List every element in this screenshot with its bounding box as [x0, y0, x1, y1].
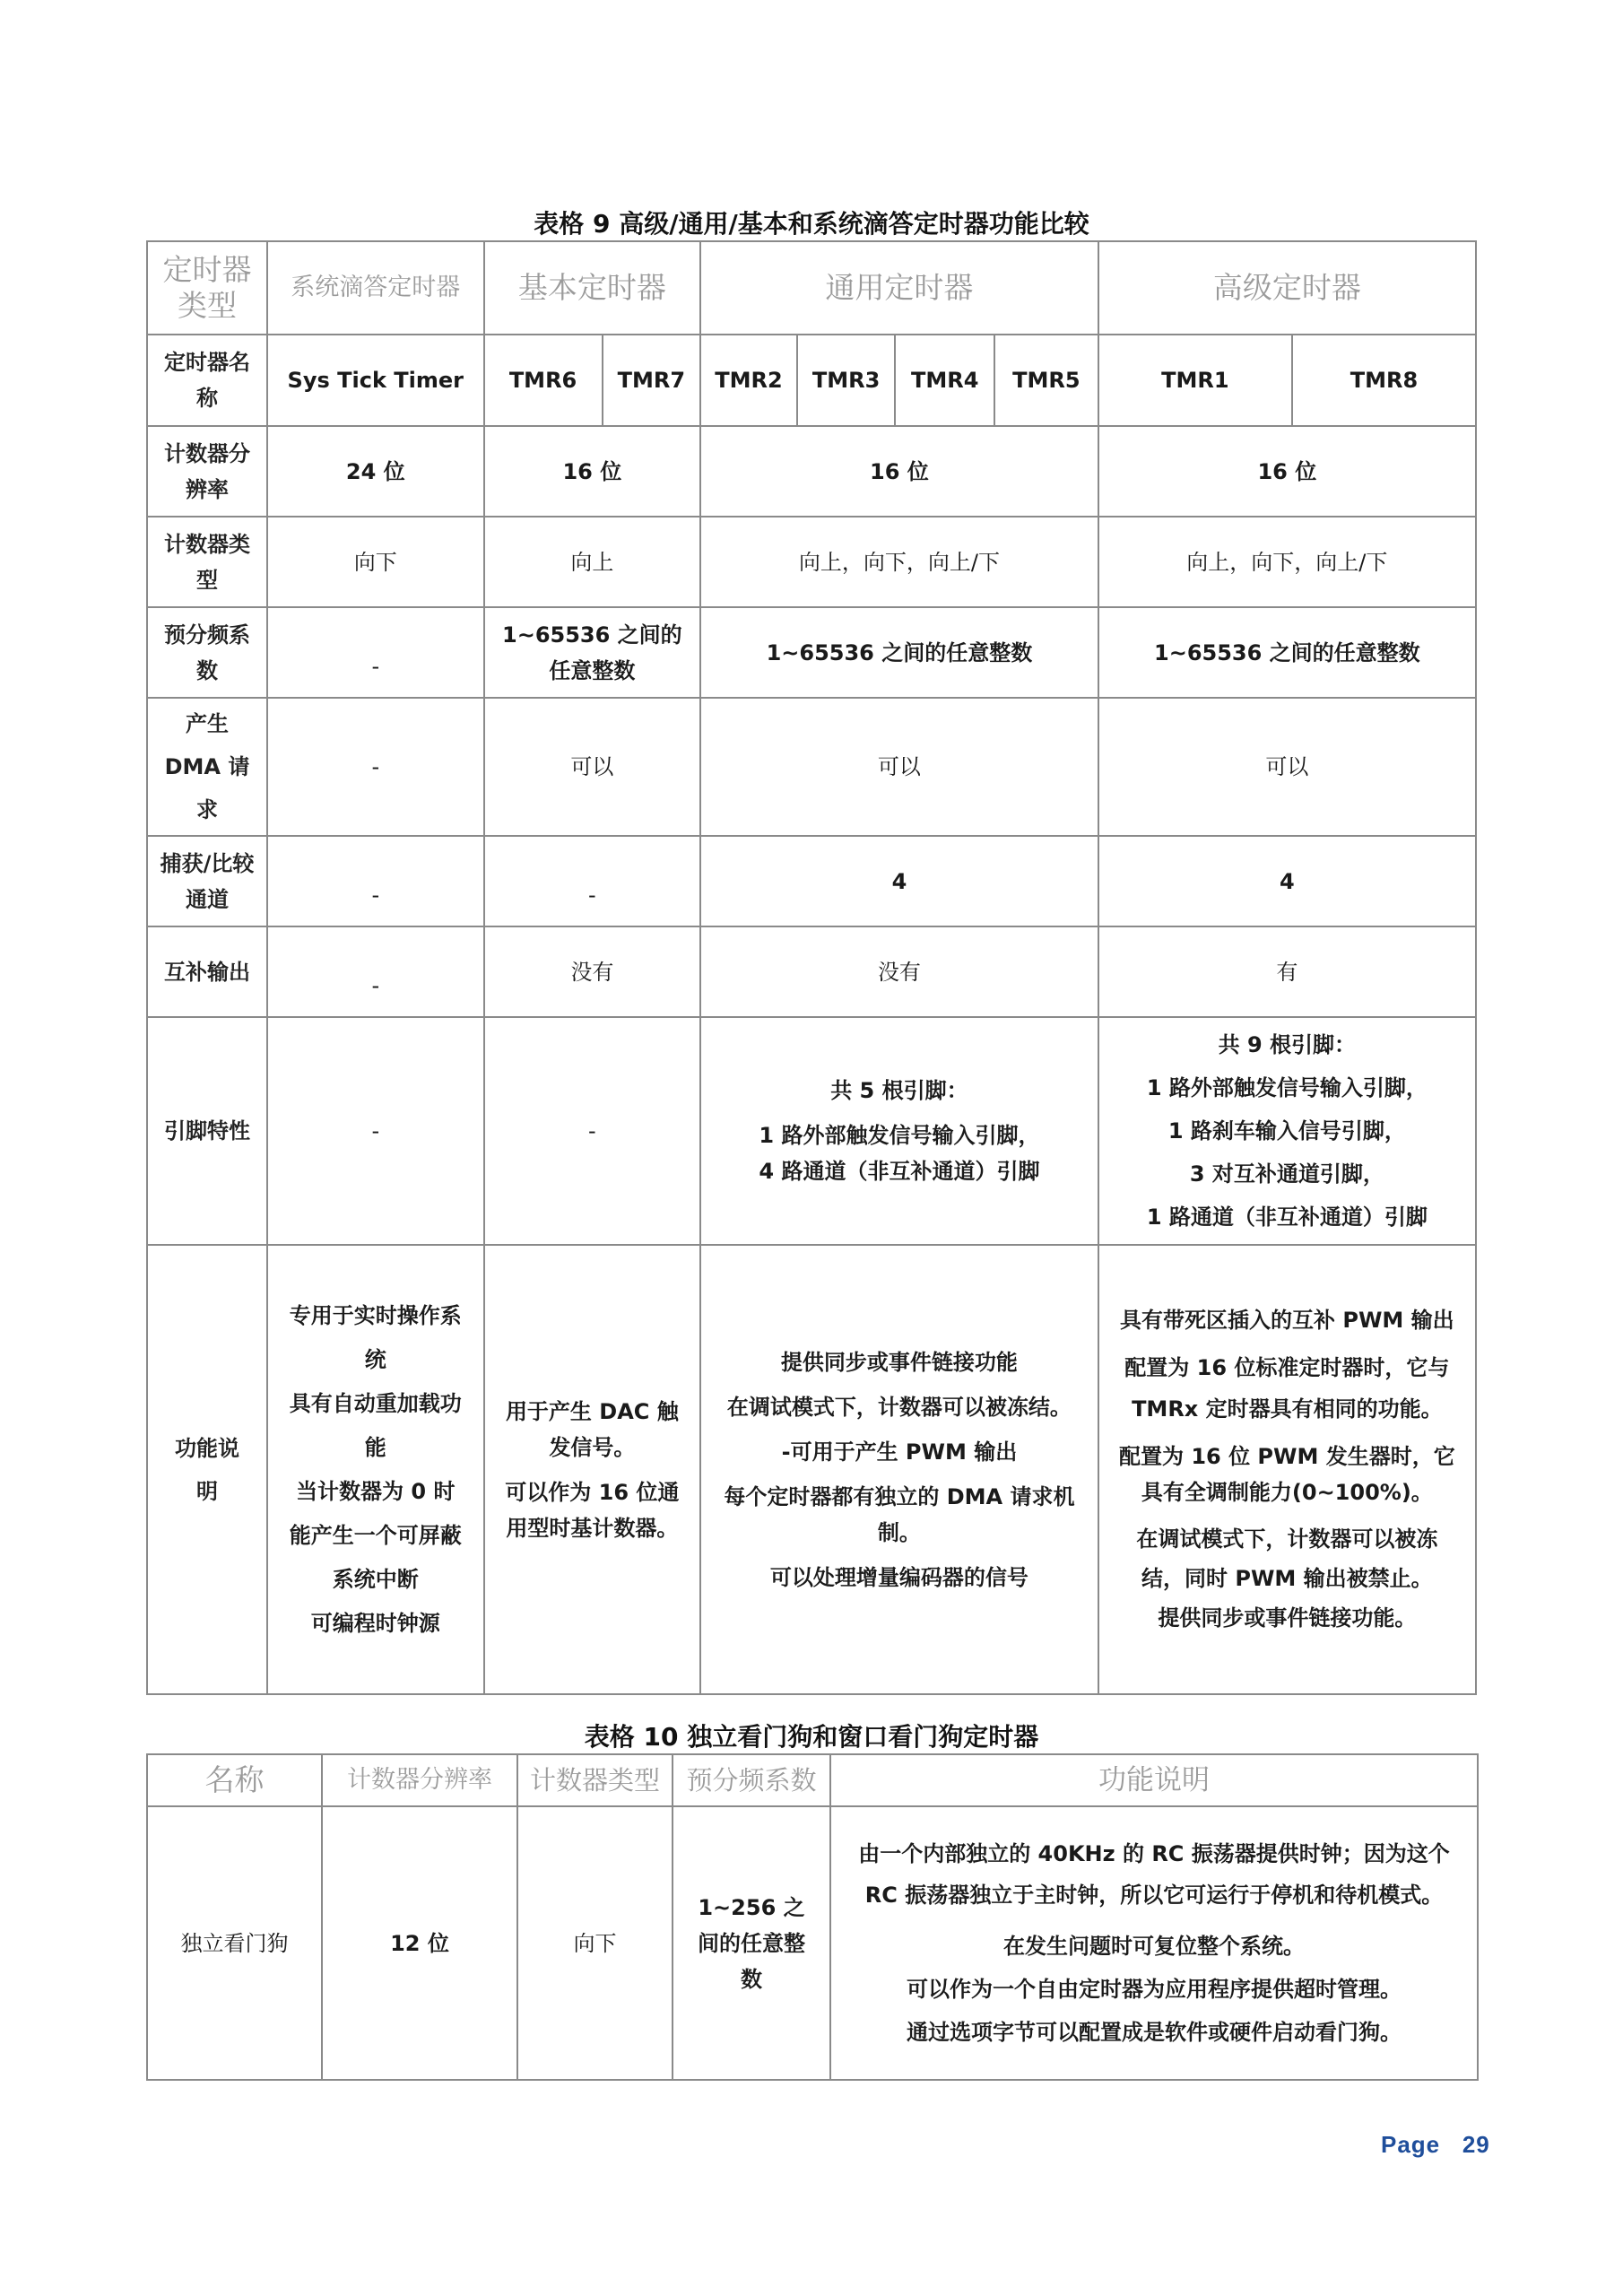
cell-general: 没有: [700, 926, 1098, 1017]
header-type-label: 定时器类型: [147, 241, 267, 335]
description-line: 由一个内部独立的 40KHz 的 RC 振荡器提供时钟；因为这个 RC 振荡器独…: [851, 1833, 1457, 1916]
cell-advanced: 具有带死区插入的互补 PWM 输出 配置为 16 位标准定时器时，它与 TMRx…: [1098, 1245, 1476, 1694]
timer-names-row: 定时器名称 Sys Tick Timer TMR6 TMR7 TMR2 TMR3…: [147, 335, 1476, 426]
cell-tmr5: TMR5: [994, 335, 1098, 426]
header-advanced: 高级定时器: [1098, 241, 1476, 335]
cell-systick: -: [267, 926, 484, 1017]
pin-line: 共 5 根引脚：: [708, 1073, 1090, 1109]
counter-type-row: 计数器类型 向下 向上 向上，向下，向上/下 向上，向下，向上/下: [147, 517, 1476, 607]
cell-general: 1~65536 之间的任意整数: [700, 607, 1098, 698]
description-line: 通过选项字节可以配置成是软件或硬件启动看门狗。: [851, 2011, 1457, 2054]
function-line: 可编程时钟源: [288, 1602, 464, 1646]
cell-resolution: 12 位: [322, 1806, 517, 2080]
row-label: 计数器类型: [147, 517, 267, 607]
function-description-row: 功能说明 专用于实时操作系统 具有自动重加载功能 当计数器为 0 时能产生一个可…: [147, 1245, 1476, 1694]
cell-description: 由一个内部独立的 40KHz 的 RC 振荡器提供时钟；因为这个 RC 振荡器独…: [830, 1806, 1478, 2080]
description-line: 可以作为一个自由定时器为应用程序提供超时管理。: [851, 1968, 1457, 2011]
cell-basic: 用于产生 DAC 触发信号。 可以作为 16 位通用型时基计数器。: [484, 1245, 701, 1694]
function-line: 配置为 16 位 PWM 发生器时，它具有全调制能力(0~100%)。: [1115, 1439, 1459, 1510]
cell-advanced: 可以: [1098, 698, 1476, 836]
cell-basic: 16 位: [484, 426, 701, 517]
prescaler-row: 预分频系数 - 1~65536 之间的任意整数 1~65536 之间的任意整数 …: [147, 607, 1476, 698]
cell-systick: -: [267, 698, 484, 836]
pin-line: 3 对互补通道引脚，: [1107, 1152, 1468, 1196]
header-basic: 基本定时器: [484, 241, 701, 335]
pin-line: 1 路通道（非互补通道）引脚: [1107, 1196, 1468, 1239]
function-line: 提供同步或事件链接功能。: [1115, 1598, 1459, 1638]
function-line: 具有带死区插入的互补 PWM 输出: [1115, 1302, 1459, 1338]
row-label: 互补输出: [147, 926, 267, 1017]
cell-general: 共 5 根引脚： 1 路外部触发信号输入引脚， 4 路通道（非互补通道）引脚: [700, 1017, 1098, 1245]
cell-advanced: 4: [1098, 836, 1476, 926]
cell-basic: 没有: [484, 926, 701, 1017]
cell-basic: 可以: [484, 698, 701, 836]
pin-line: 4 路通道（非互补通道）引脚: [708, 1153, 1090, 1189]
cell-tmr4: TMR4: [895, 335, 994, 426]
function-line: 提供同步或事件链接功能: [721, 1344, 1078, 1380]
dma-row: 产生 DMA 请求 - 可以 可以 可以: [147, 698, 1476, 836]
function-line: 用于产生 DAC 触发信号。: [501, 1394, 684, 1465]
function-line: 在调试模式下，计数器可以被冻结，同时 PWM 输出被禁止。: [1115, 1519, 1459, 1598]
cell-prescaler: 1~256 之间的任意整数: [673, 1806, 830, 2080]
function-line: 配置为 16 位标准定时器时，它与 TMRx 定时器具有相同的功能。: [1115, 1347, 1459, 1430]
timer-comparison-table: 定时器类型 系统滴答定时器 基本定时器 通用定时器 高级定时器 定时器名称 Sy…: [146, 240, 1477, 1695]
cell-advanced: 16 位: [1098, 426, 1476, 517]
cell-systick: 24 位: [267, 426, 484, 517]
function-line: 可以作为 16 位通用型时基计数器。: [501, 1474, 684, 1546]
row-label: 功能说明: [147, 1245, 267, 1694]
cell-general: 16 位: [700, 426, 1098, 517]
cell-general: 可以: [700, 698, 1098, 836]
capture-compare-row: 捕获/比较通道 - - 4 4: [147, 836, 1476, 926]
cell-general: 4: [700, 836, 1098, 926]
cell-basic: 1~65536 之间的任意整数: [484, 607, 701, 698]
function-line: 当计数器为 0 时能产生一个可屏蔽系统中断: [288, 1470, 464, 1602]
cell-systick: -: [267, 607, 484, 698]
cell-tmr1: TMR1: [1098, 335, 1292, 426]
row-label: 产生 DMA 请求: [147, 698, 267, 836]
header-prescaler: 预分频系数: [673, 1754, 830, 1806]
function-line: 专用于实时操作系统: [288, 1294, 464, 1382]
header-row: 定时器类型 系统滴答定时器 基本定时器 通用定时器 高级定时器: [147, 241, 1476, 335]
cell-basic: 向上: [484, 517, 701, 607]
cell-name: 独立看门狗: [147, 1806, 322, 2080]
function-line: -可用于产生 PWM 输出: [721, 1434, 1078, 1470]
complementary-output-row: 互补输出 - 没有 没有 有: [147, 926, 1476, 1017]
header-description: 功能说明: [830, 1754, 1478, 1806]
description-line: 在发生问题时可复位整个系统。: [851, 1925, 1457, 1968]
table9-caption: 表格 9 高级/通用/基本和系统滴答定时器功能比较: [0, 204, 1623, 240]
table-row: 独立看门狗 12 位 向下 1~256 之间的任意整数 由一个内部独立的 40K…: [147, 1806, 1478, 2080]
function-line: 每个定时器都有独立的 DMA 请求机制。: [721, 1479, 1078, 1551]
function-line: 具有自动重加载功能: [288, 1382, 464, 1470]
cell-basic: -: [484, 1017, 701, 1245]
pin-line: 共 9 根引脚：: [1107, 1023, 1468, 1066]
cell-systick: -: [267, 836, 484, 926]
page-number: Page 29: [1381, 2131, 1490, 2159]
row-label: 捕获/比较通道: [147, 836, 267, 926]
cell-basic: -: [484, 836, 701, 926]
cell-systick: 专用于实时操作系统 具有自动重加载功能 当计数器为 0 时能产生一个可屏蔽系统中…: [267, 1245, 484, 1694]
header-counter-type: 计数器类型: [517, 1754, 673, 1806]
cell-tmr2: TMR2: [700, 335, 797, 426]
row-label: 计数器分辨率: [147, 426, 267, 517]
cell-systick: 向下: [267, 517, 484, 607]
cell-tmr3: TMR3: [797, 335, 896, 426]
row-label: 预分频系数: [147, 607, 267, 698]
header-systick: 系统滴答定时器: [267, 241, 484, 335]
cell-systick: -: [267, 1017, 484, 1245]
watchdog-table: 名称 计数器分辨率 计数器类型 预分频系数 功能说明 独立看门狗 12 位 向下…: [146, 1753, 1479, 2081]
table10-caption: 表格 10 独立看门狗和窗口看门狗定时器: [0, 1718, 1623, 1753]
row-label: 引脚特性: [147, 1017, 267, 1245]
header-general: 通用定时器: [700, 241, 1098, 335]
resolution-row: 计数器分辨率 24 位 16 位 16 位 16 位: [147, 426, 1476, 517]
function-line: 在调试模式下，计数器可以被冻结。: [721, 1389, 1078, 1425]
cell-advanced: 向上，向下，向上/下: [1098, 517, 1476, 607]
header-name: 名称: [147, 1754, 322, 1806]
cell-tmr8: TMR8: [1292, 335, 1476, 426]
header-row: 名称 计数器分辨率 计数器类型 预分频系数 功能说明: [147, 1754, 1478, 1806]
cell-tmr6: TMR6: [484, 335, 603, 426]
pin-line: 1 路外部触发信号输入引脚，: [1107, 1066, 1468, 1109]
cell-tmr7: TMR7: [603, 335, 701, 426]
cell-advanced: 1~65536 之间的任意整数: [1098, 607, 1476, 698]
pin-features-row: 引脚特性 - - 共 5 根引脚： 1 路外部触发信号输入引脚， 4 路通道（非…: [147, 1017, 1476, 1245]
cell-general: 向上，向下，向上/下: [700, 517, 1098, 607]
function-line: 可以处理增量编码器的信号: [721, 1560, 1078, 1596]
cell-systick-name: Sys Tick Timer: [267, 335, 484, 426]
row-label: 定时器名称: [147, 335, 267, 426]
pin-line: 1 路刹车输入信号引脚，: [1107, 1109, 1468, 1152]
header-resolution: 计数器分辨率: [322, 1754, 517, 1806]
cell-advanced: 有: [1098, 926, 1476, 1017]
pin-line: 1 路外部触发信号输入引脚，: [708, 1118, 1090, 1153]
cell-advanced: 共 9 根引脚： 1 路外部触发信号输入引脚， 1 路刹车输入信号引脚， 3 对…: [1098, 1017, 1476, 1245]
cell-counter-type: 向下: [517, 1806, 673, 2080]
cell-general: 提供同步或事件链接功能 在调试模式下，计数器可以被冻结。 -可用于产生 PWM …: [700, 1245, 1098, 1694]
